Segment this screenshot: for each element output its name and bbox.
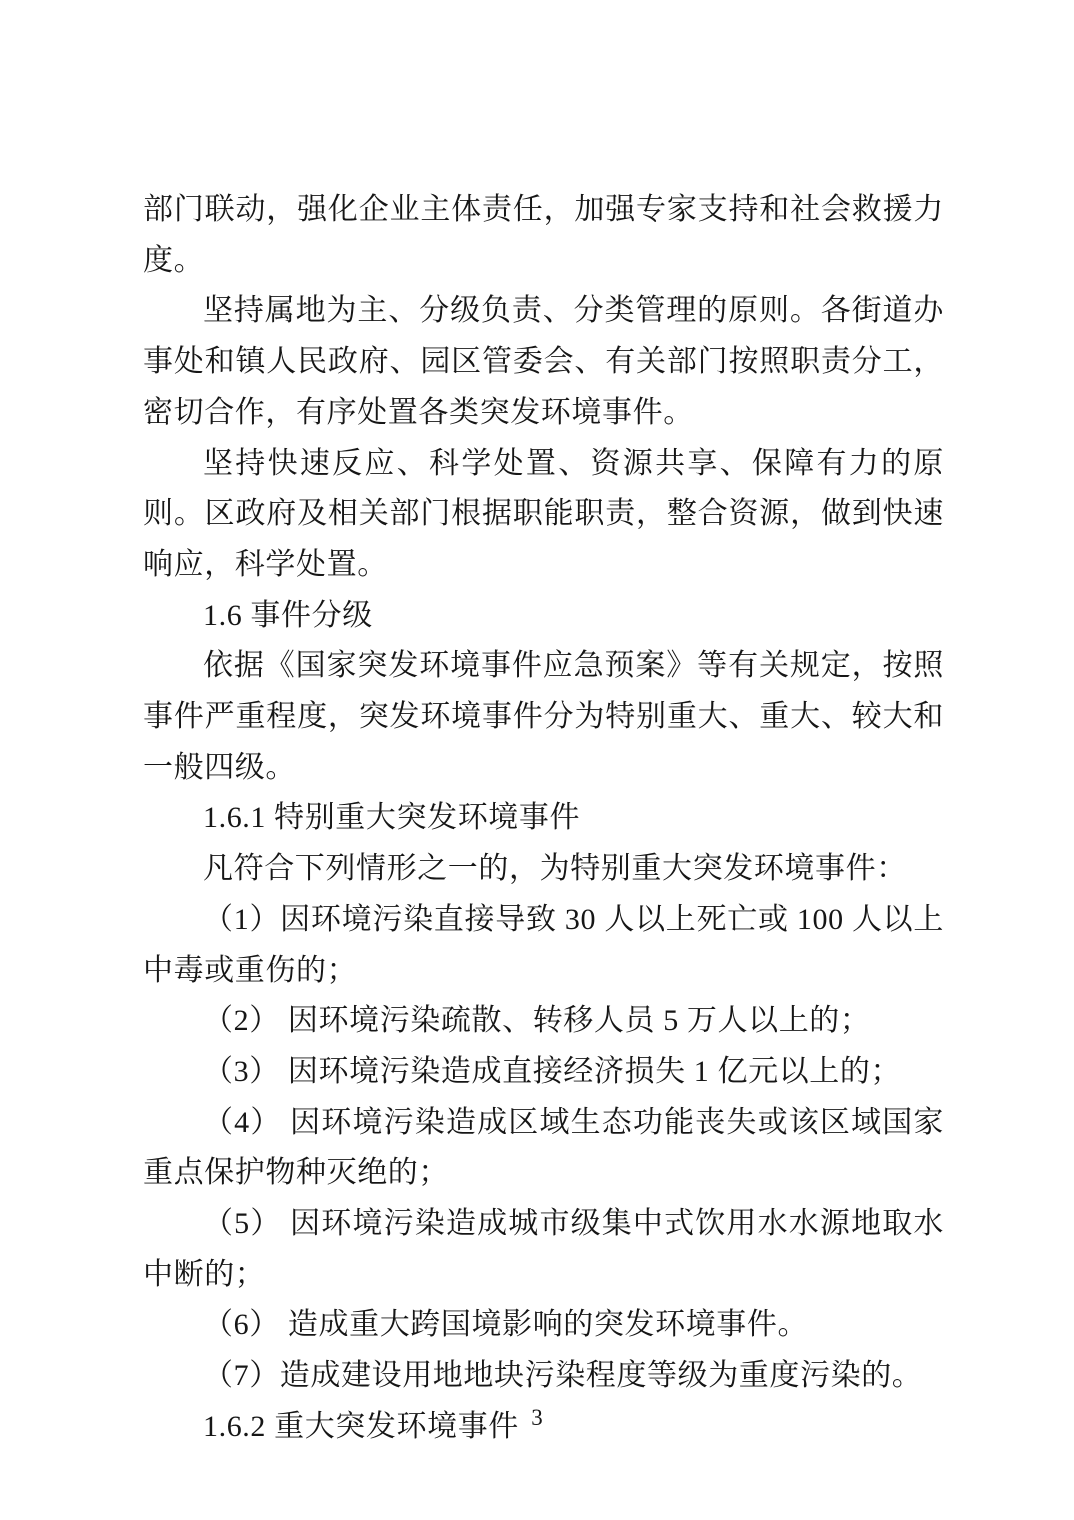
page-number: 3 (0, 1404, 1074, 1432)
paragraph-criteria-intro: 凡符合下列情形之一的，为特别重大突发环境事件： (143, 844, 944, 895)
list-item-5: （5） 因环境污染造成城市级集中式饮用水水源地取水中断的； (143, 1199, 944, 1300)
list-item-1: （1）因环境污染直接导致 30 人以上死亡或 100 人以上中毒或重伤的； (143, 895, 944, 996)
document-body: 部门联动，强化企业主体责任，加强专家支持和社会救援力度。 坚持属地为主、分级负责… (143, 185, 944, 1453)
list-item-6: （6） 造成重大跨国境影响的突发环境事件。 (143, 1300, 944, 1351)
list-item-4: （4） 因环境污染造成区域生态功能丧失或该区域国家重点保护物种灭绝的； (143, 1098, 944, 1199)
list-item-3: （3） 因环境污染造成直接经济损失 1 亿元以上的； (143, 1047, 944, 1098)
list-item-2: （2） 因环境污染疏散、转移人员 5 万人以上的； (143, 996, 944, 1047)
document-page: 部门联动，强化企业主体责任，加强专家支持和社会救援力度。 坚持属地为主、分级负责… (0, 0, 1074, 1520)
paragraph-grading-basis: 依据《国家突发环境事件应急预案》等有关规定，按照事件严重程度，突发环境事件分为特… (143, 641, 944, 793)
section-heading-1-6: 1.6 事件分级 (143, 591, 944, 642)
list-item-7: （7）造成建设用地地块污染程度等级为重度污染的。 (143, 1351, 944, 1402)
paragraph-principle-territorial: 坚持属地为主、分级负责、分类管理的原则。各街道办事处和镇人民政府、园区管委会、有… (143, 286, 944, 438)
paragraph-principle-rapid-response: 坚持快速反应、科学处置、资源共享、保障有力的原则。区政府及相关部门根据职能职责，… (143, 439, 944, 591)
section-heading-1-6-1: 1.6.1 特别重大突发环境事件 (143, 793, 944, 844)
paragraph-continuation: 部门联动，强化企业主体责任，加强专家支持和社会救援力度。 (143, 185, 944, 286)
